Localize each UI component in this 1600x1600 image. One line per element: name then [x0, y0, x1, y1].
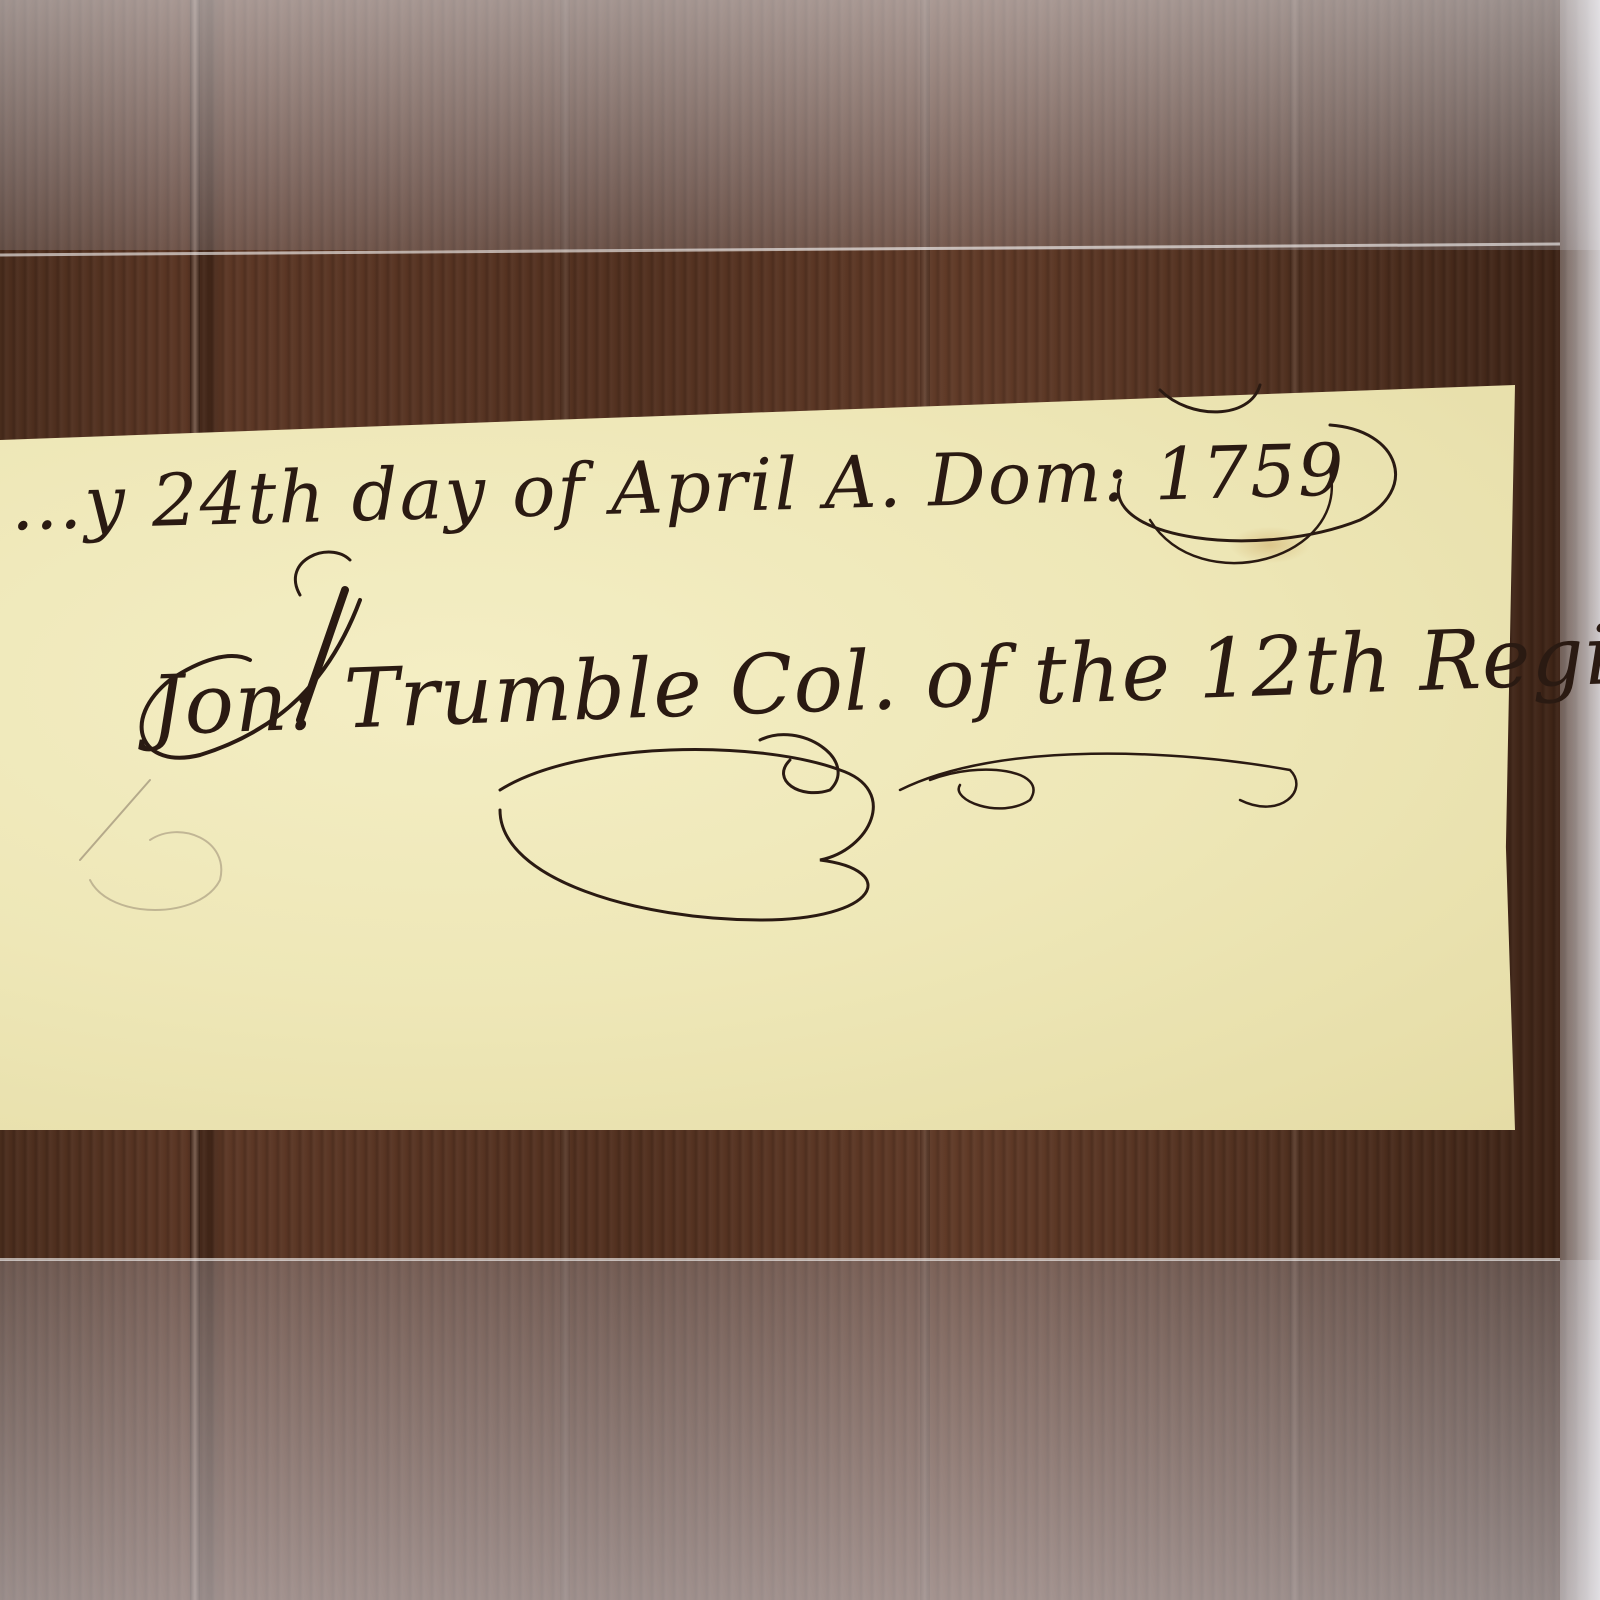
plastic-sleeve-bottom — [0, 1260, 1600, 1600]
plastic-sleeve-top — [0, 0, 1600, 250]
plastic-sleeve-right — [1560, 0, 1600, 1600]
sleeve-edge — [0, 1258, 1560, 1261]
